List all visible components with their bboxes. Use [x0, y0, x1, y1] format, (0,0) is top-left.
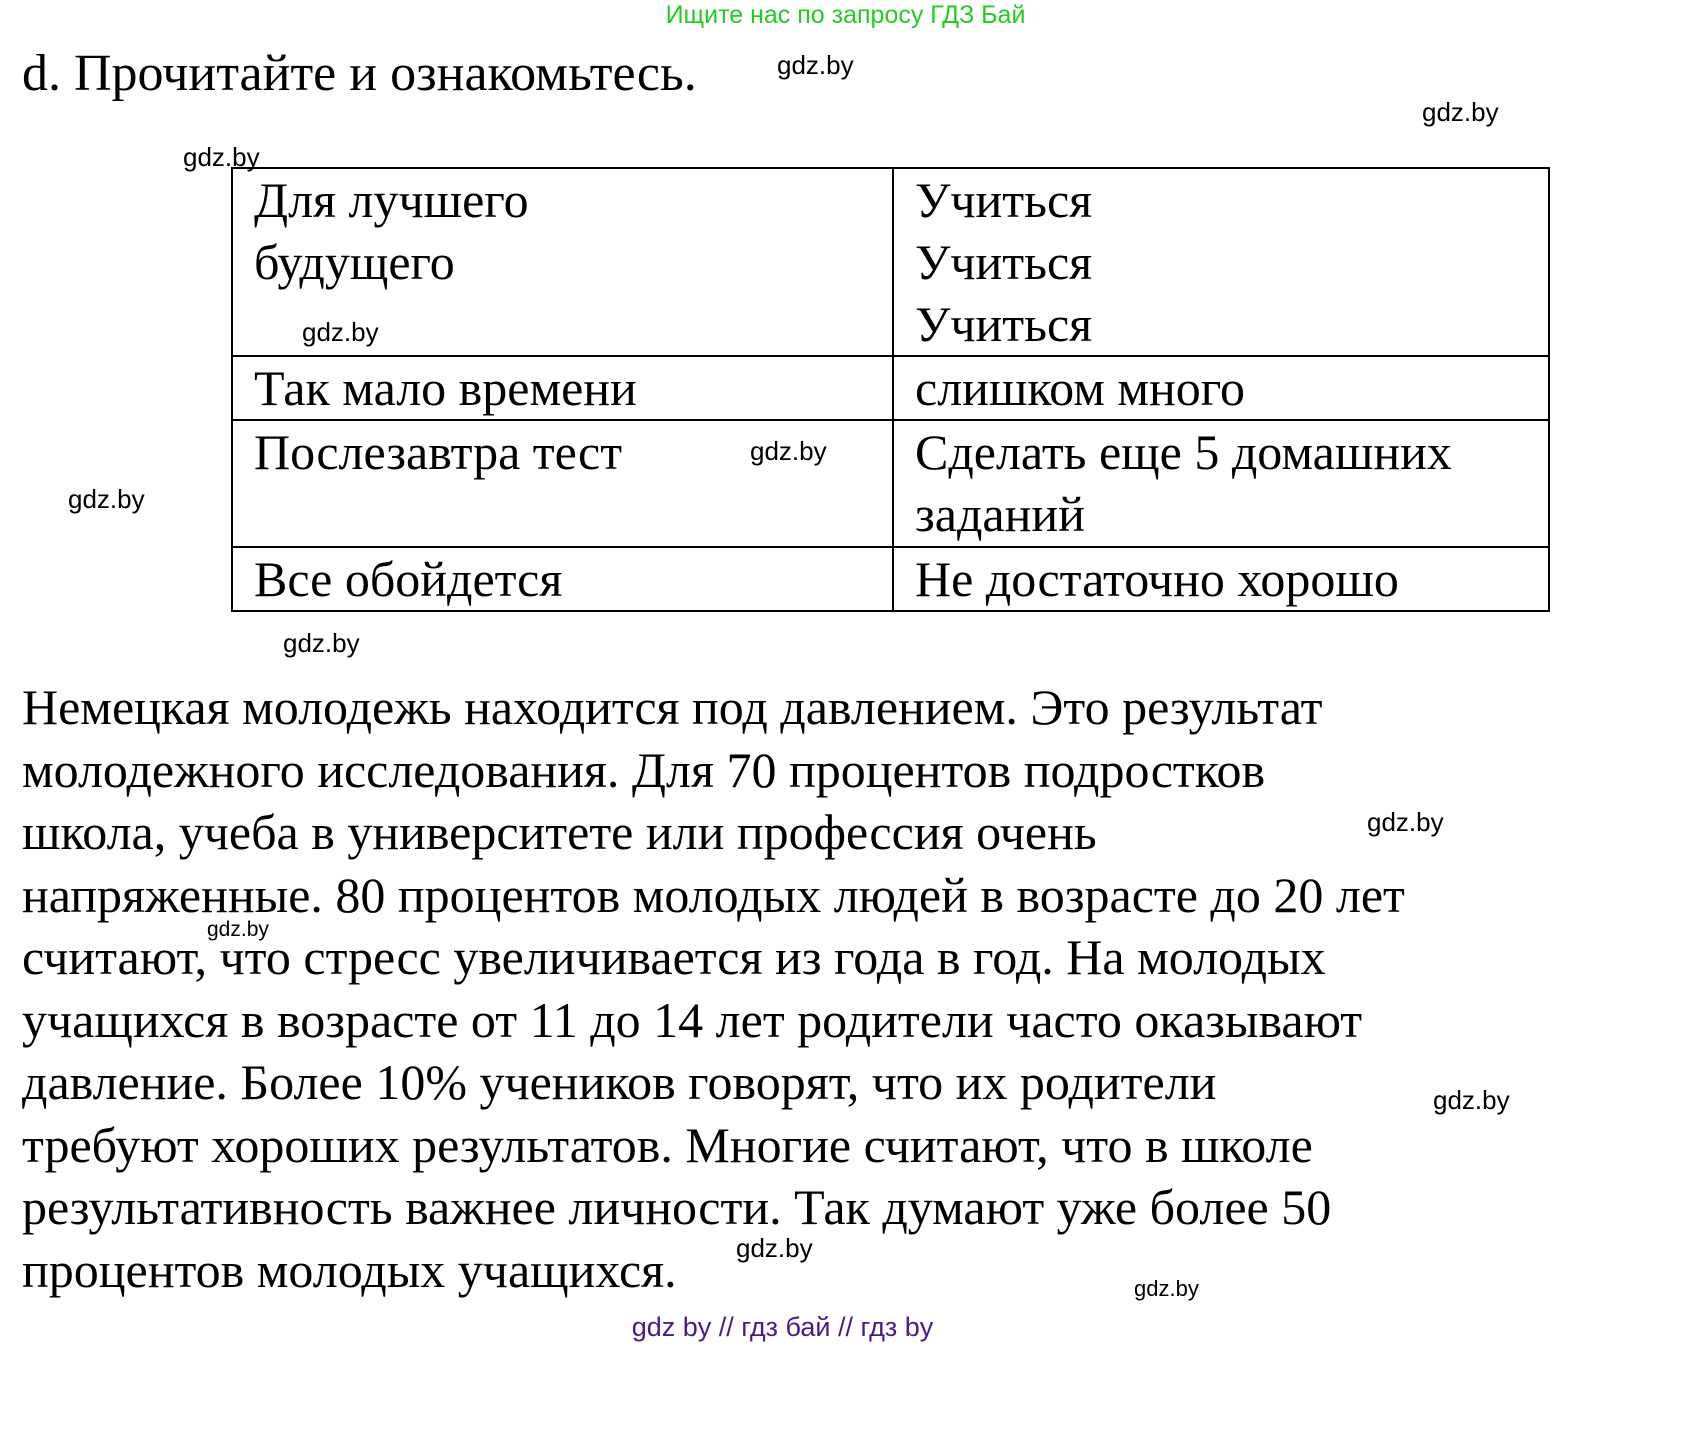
table-row: Так мало времени слишком много	[232, 356, 1549, 420]
paragraph-line: требуют хороших результатов. Многие счит…	[22, 1114, 1682, 1177]
watermark: gdz.by	[750, 436, 827, 466]
watermark: gdz.by	[1367, 807, 1444, 837]
cell-text: Учиться	[915, 293, 1548, 355]
watermark: gdz.by	[1433, 1085, 1510, 1115]
paragraph-line: учащихся в возрасте от 11 до 14 лет роди…	[22, 989, 1682, 1052]
table-row: Для лучшего будущего Учиться Учиться Учи…	[232, 168, 1549, 356]
watermark: gdz.by	[302, 317, 379, 347]
cell-text: Для лучшего	[254, 169, 892, 231]
table-cell-left: Так мало времени	[232, 356, 893, 420]
watermark: gdz.by	[777, 50, 854, 80]
paragraph-line: напряженные. 80 процентов молодых людей …	[22, 864, 1682, 927]
footer-links[interactable]: gdz by // гдз бай // гдз by	[0, 1311, 1565, 1343]
table-row: Послезавтра тест Сделать еще 5 домашних …	[232, 420, 1549, 547]
watermark: gdz.by	[283, 628, 360, 658]
watermark: gdz.by	[736, 1233, 813, 1263]
cell-text: Учиться	[915, 169, 1548, 231]
cell-text: Все обойдется	[254, 548, 892, 610]
cell-text: будущего	[254, 231, 892, 293]
paragraph-line: результативность важнее личности. Так ду…	[22, 1176, 1682, 1239]
cell-text: Сделать еще 5 домашних	[915, 421, 1548, 483]
paragraph-line: молодежного исследования. Для 70 процент…	[22, 739, 1682, 802]
watermark: gdz.by	[68, 484, 145, 514]
watermark: gdz.by	[207, 915, 269, 945]
cell-text: заданий	[915, 483, 1548, 545]
watermark: gdz.by	[183, 142, 260, 172]
table-row: Все обойдется Не достаточно хорошо	[232, 547, 1549, 611]
paragraph-line: Немецкая молодежь находится под давление…	[22, 676, 1682, 739]
watermark: gdz.by	[1134, 1274, 1199, 1304]
table-cell-left: Все обойдется	[232, 547, 893, 611]
phrases-table: Для лучшего будущего Учиться Учиться Учи…	[231, 167, 1550, 612]
table-cell-right: Учиться Учиться Учиться	[893, 168, 1549, 356]
exercise-title: d. Прочитайте и ознакомьтесь.	[22, 44, 697, 104]
cell-text: слишком много	[915, 357, 1548, 419]
table-cell-right: слишком много	[893, 356, 1549, 420]
cell-text: Не достаточно хорошо	[915, 548, 1548, 610]
paragraph-line: считают, что стресс увеличивается из год…	[22, 926, 1682, 989]
table-cell-right: Сделать еще 5 домашних заданий	[893, 420, 1549, 547]
watermark: gdz.by	[1422, 97, 1499, 127]
cell-text: Так мало времени	[254, 357, 892, 419]
paragraph-line: процентов молодых учащихся.	[22, 1239, 1682, 1302]
search-banner: Ищите нас по запросу ГДЗ Бай	[0, 0, 1691, 30]
table-cell-right: Не достаточно хорошо	[893, 547, 1549, 611]
cell-text: Учиться	[915, 231, 1548, 293]
reading-paragraph: Немецкая молодежь находится под давление…	[22, 676, 1682, 1301]
